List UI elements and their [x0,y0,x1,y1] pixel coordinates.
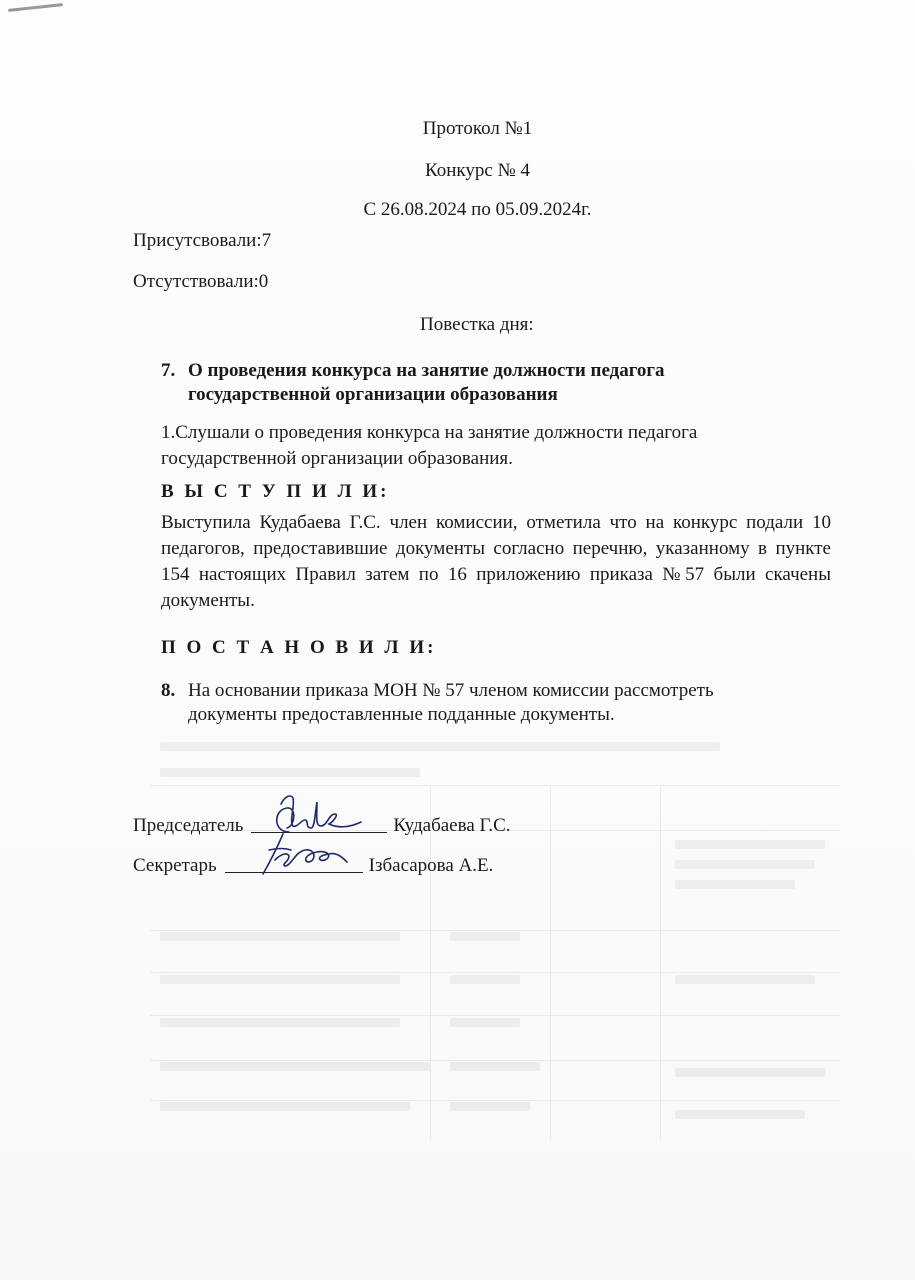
contest-dates: С 26.08.2024 по 05.09.2024г. [40,199,915,221]
handwritten-signature-icon [225,830,355,878]
bleed-through-table-ghost [150,690,840,1140]
agenda-item-number: 7. [161,359,188,407]
scan-artifact-mark [8,3,63,12]
agenda-heading: Повестка дня: [420,314,534,336]
spoke-paragraph: Выступила Кудабаева Г.С. член комиссии, … [161,510,831,614]
agenda-item: 7. О проведения конкурса на занятие долж… [161,359,761,407]
spoke-heading: В Ы С Т У П И Л И: [161,481,390,503]
decision-item-number: 8. [161,679,188,727]
decision-item: 8. На основании приказа МОН № 57 членом … [161,679,801,727]
decision-item-text: На основании приказа МОН № 57 членом ком… [188,679,801,727]
contest-number: Конкурс № 4 [40,160,915,182]
signature-row-secretary: Секретарь Ізбасарова А.Е. [133,852,493,877]
protocol-title: Протокол №1 [40,118,915,140]
heard-paragraph: 1.Слушали о проведения конкурса на занят… [161,420,781,472]
document-page: Протокол №1 Конкурс № 4 С 26.08.2024 по … [0,0,915,1280]
signatory-name: Ізбасарова А.Е. [369,855,494,877]
attendance-absent: Отсутствовали:0 [133,271,268,293]
signature-role: Секретарь [133,855,217,877]
agenda-item-text: О проведения конкурса на занятие должнос… [188,359,761,407]
decided-heading: П О С Т А Н О В И Л И: [161,637,436,659]
signature-line [225,852,363,873]
signatory-name: Кудабаева Г.С. [393,815,510,837]
attendance-present: Присутсвовали:7 [133,230,271,252]
